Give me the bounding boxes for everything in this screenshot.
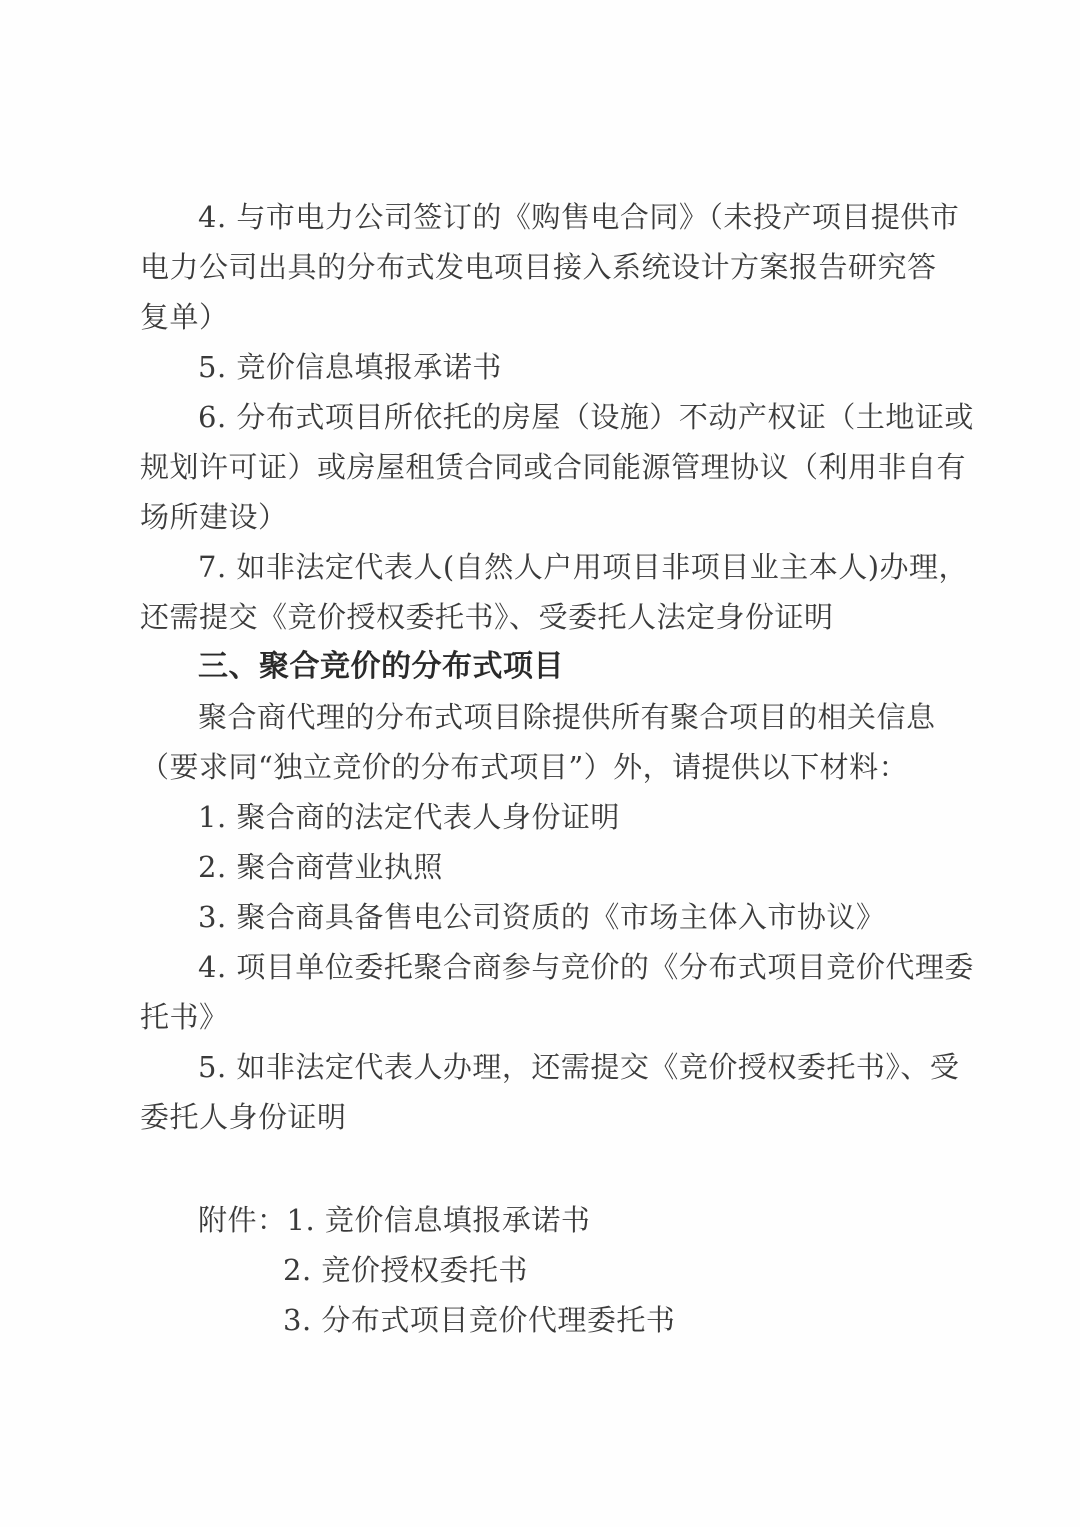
doc-line-s3-item5-1: 5. 如非法定代表人办理，还需提交《竞价授权委托书》、受 <box>140 1042 950 1092</box>
doc-line-s3-item4-1: 4. 项目单位委托聚合商参与竞价的《分布式项目竞价代理委 <box>140 942 950 992</box>
doc-line-item6-1: 6. 分布式项目所依托的房屋（设施）不动产权证（土地证或 <box>140 392 950 442</box>
doc-line-item4-1: 4. 与市电力公司签订的《购售电合同》（未投产项目提供市 <box>140 192 950 242</box>
doc-line-item4-2: 电力公司出具的分布式发电项目接入系统设计方案报告研究答 <box>140 242 950 292</box>
document-content: 4. 与市电力公司签订的《购售电合同》（未投产项目提供市 电力公司出具的分布式发… <box>140 192 950 1345</box>
doc-line-item5: 5. 竞价信息填报承诺书 <box>140 342 950 392</box>
doc-line-intro-1: 聚合商代理的分布式项目除提供所有聚合项目的相关信息 <box>140 692 950 742</box>
doc-line-s3-item1: 1. 聚合商的法定代表人身份证明 <box>140 792 950 842</box>
blank-line <box>140 1142 950 1195</box>
section-heading: 三、聚合竞价的分布式项目 <box>140 642 950 692</box>
doc-line-item6-3: 场所建设） <box>140 492 950 542</box>
attachments-line-3: 3. 分布式项目竞价代理委托书 <box>140 1295 950 1345</box>
doc-line-item6-2: 规划许可证）或房屋租赁合同或合同能源管理协议（利用非自有 <box>140 442 950 492</box>
attachments-line-1: 附件：1. 竞价信息填报承诺书 <box>140 1195 950 1245</box>
doc-line-s3-item3: 3. 聚合商具备售电公司资质的《市场主体入市协议》 <box>140 892 950 942</box>
doc-line-s3-item2: 2. 聚合商营业执照 <box>140 842 950 892</box>
doc-line-item7-2: 还需提交《竞价授权委托书》、受委托人法定身份证明 <box>140 592 950 642</box>
doc-line-s3-item4-2: 托书》 <box>140 992 950 1042</box>
attachments-line-2: 2. 竞价授权委托书 <box>140 1245 950 1295</box>
doc-line-item4-3: 复单） <box>140 292 950 342</box>
doc-line-s3-item5-2: 委托人身份证明 <box>140 1092 950 1142</box>
doc-line-item7-1: 7. 如非法定代表人(自然人户用项目非项目业主本人)办理， <box>140 542 950 592</box>
document-page: 4. 与市电力公司签订的《购售电合同》（未投产项目提供市 电力公司出具的分布式发… <box>0 0 1080 1527</box>
doc-line-intro-2: （要求同“独立竞价的分布式项目”）外，请提供以下材料： <box>140 742 950 792</box>
